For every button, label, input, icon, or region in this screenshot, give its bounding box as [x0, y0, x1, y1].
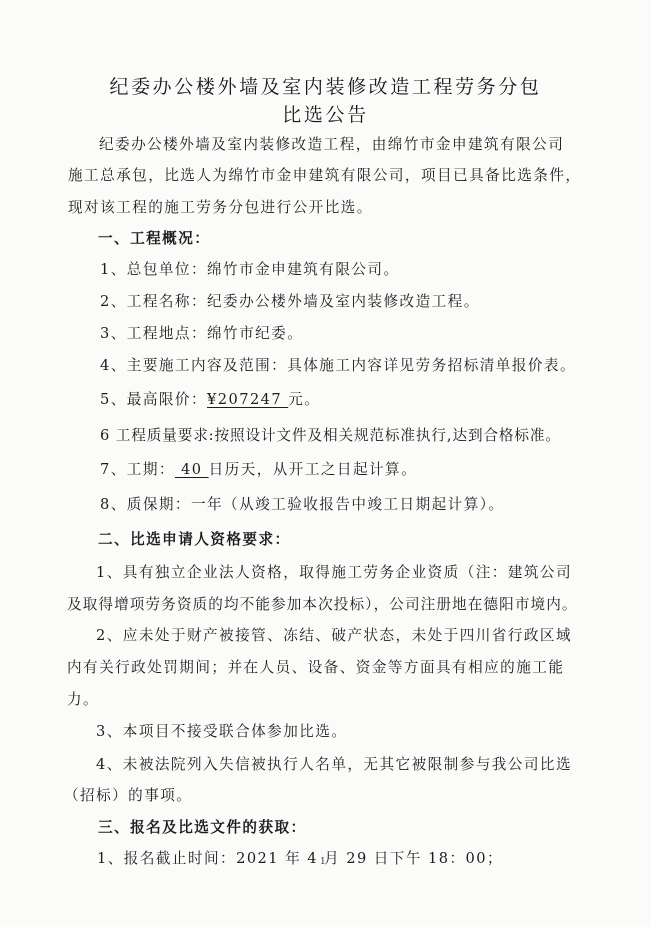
- max-price-label: 5、最高限价：: [100, 391, 207, 408]
- page-number: 1: [320, 857, 326, 867]
- section1-item-7: 7、工期： 40 日历天，从开工之日起计算。: [100, 460, 417, 480]
- document-page: 纪委办公楼外墙及室内装修改造工程劳务分包 比选公告 纪委办公楼外墙及室内装修改造…: [0, 0, 651, 927]
- duration-unit: 日历天，从开工之日起计算。: [209, 461, 418, 478]
- section2-item-3: 3、本项目不接受联合体参加比选。: [96, 722, 347, 742]
- section1-item-5: 5、最高限价：¥207247 元。: [100, 390, 320, 410]
- section2-item-4-line-2: （招标）的事项。: [64, 786, 192, 806]
- section2-item-2-line-1: 2、应未处于财产被接管、冻结、破产状态，未处于四川省行政区域: [96, 626, 572, 646]
- section1-item-4: 4、主要施工内容及范围：具体施工内容详见劳务招标清单报价表。: [100, 356, 576, 376]
- section1-item-8: 8、质保期：一年（从竣工验收报告中竣工日期起计算）。: [100, 495, 505, 515]
- duration-label: 7、工期：: [100, 461, 175, 478]
- document-title-line2: 比选公告: [0, 100, 651, 127]
- section1-heading: 一、工程概况：: [98, 229, 210, 249]
- section1-item-3: 3、工程地点：绵竹市纪委。: [100, 324, 303, 344]
- section2-item-4-line-1: 4、未被法院列入失信被执行人名单，无其它被限制参与我公司比选: [96, 755, 572, 775]
- section1-item-1: 1、总包单位：绵竹市金申建筑有限公司。: [100, 260, 400, 280]
- section1-item-2: 2、工程名称：纪委办公楼外墙及室内装修改造工程。: [100, 292, 480, 312]
- duration-value: 40: [175, 461, 209, 478]
- max-price-value: ¥207247: [207, 391, 288, 408]
- document-title-line1: 纪委办公楼外墙及室内装修改造工程劳务分包: [0, 72, 651, 99]
- section2-item-1-line-1: 1、具有独立企业法人资格，取得施工劳务企业资质（注：建筑公司: [96, 563, 572, 583]
- intro-line-3: 现对该工程的施工劳务分包进行公开比选。: [68, 198, 373, 218]
- section1-item-6: 6 工程质量要求:按照设计文件及相关规范标准执行,达到合格标准。: [100, 426, 561, 446]
- section2-heading: 二、比选申请人资格要求：: [98, 530, 291, 550]
- section3-item-1: 1、报名截止时间：2021 年 4 月 29 日下午 18：00；: [97, 849, 503, 869]
- section2-item-2-line-2: 内有关行政处罚期间；并在人员、设备、资金等方面具有相应的施工能: [67, 658, 564, 678]
- section2-item-1-line-2: 及取得增项劳务资质的均不能参加本次投标），公司注册地在德阳市境内。: [67, 595, 578, 615]
- intro-line-1: 纪委办公楼外墙及室内装修改造工程，由绵竹市金申建筑有限公司: [99, 135, 564, 155]
- max-price-unit: 元。: [288, 391, 320, 408]
- section3-heading: 三、报名及比选文件的获取：: [98, 818, 307, 838]
- intro-line-2: 施工总承包，比选人为绵竹市金申建筑有限公司，项目已具备比选条件，: [68, 166, 581, 186]
- section2-item-2-line-3: 力。: [67, 690, 99, 710]
